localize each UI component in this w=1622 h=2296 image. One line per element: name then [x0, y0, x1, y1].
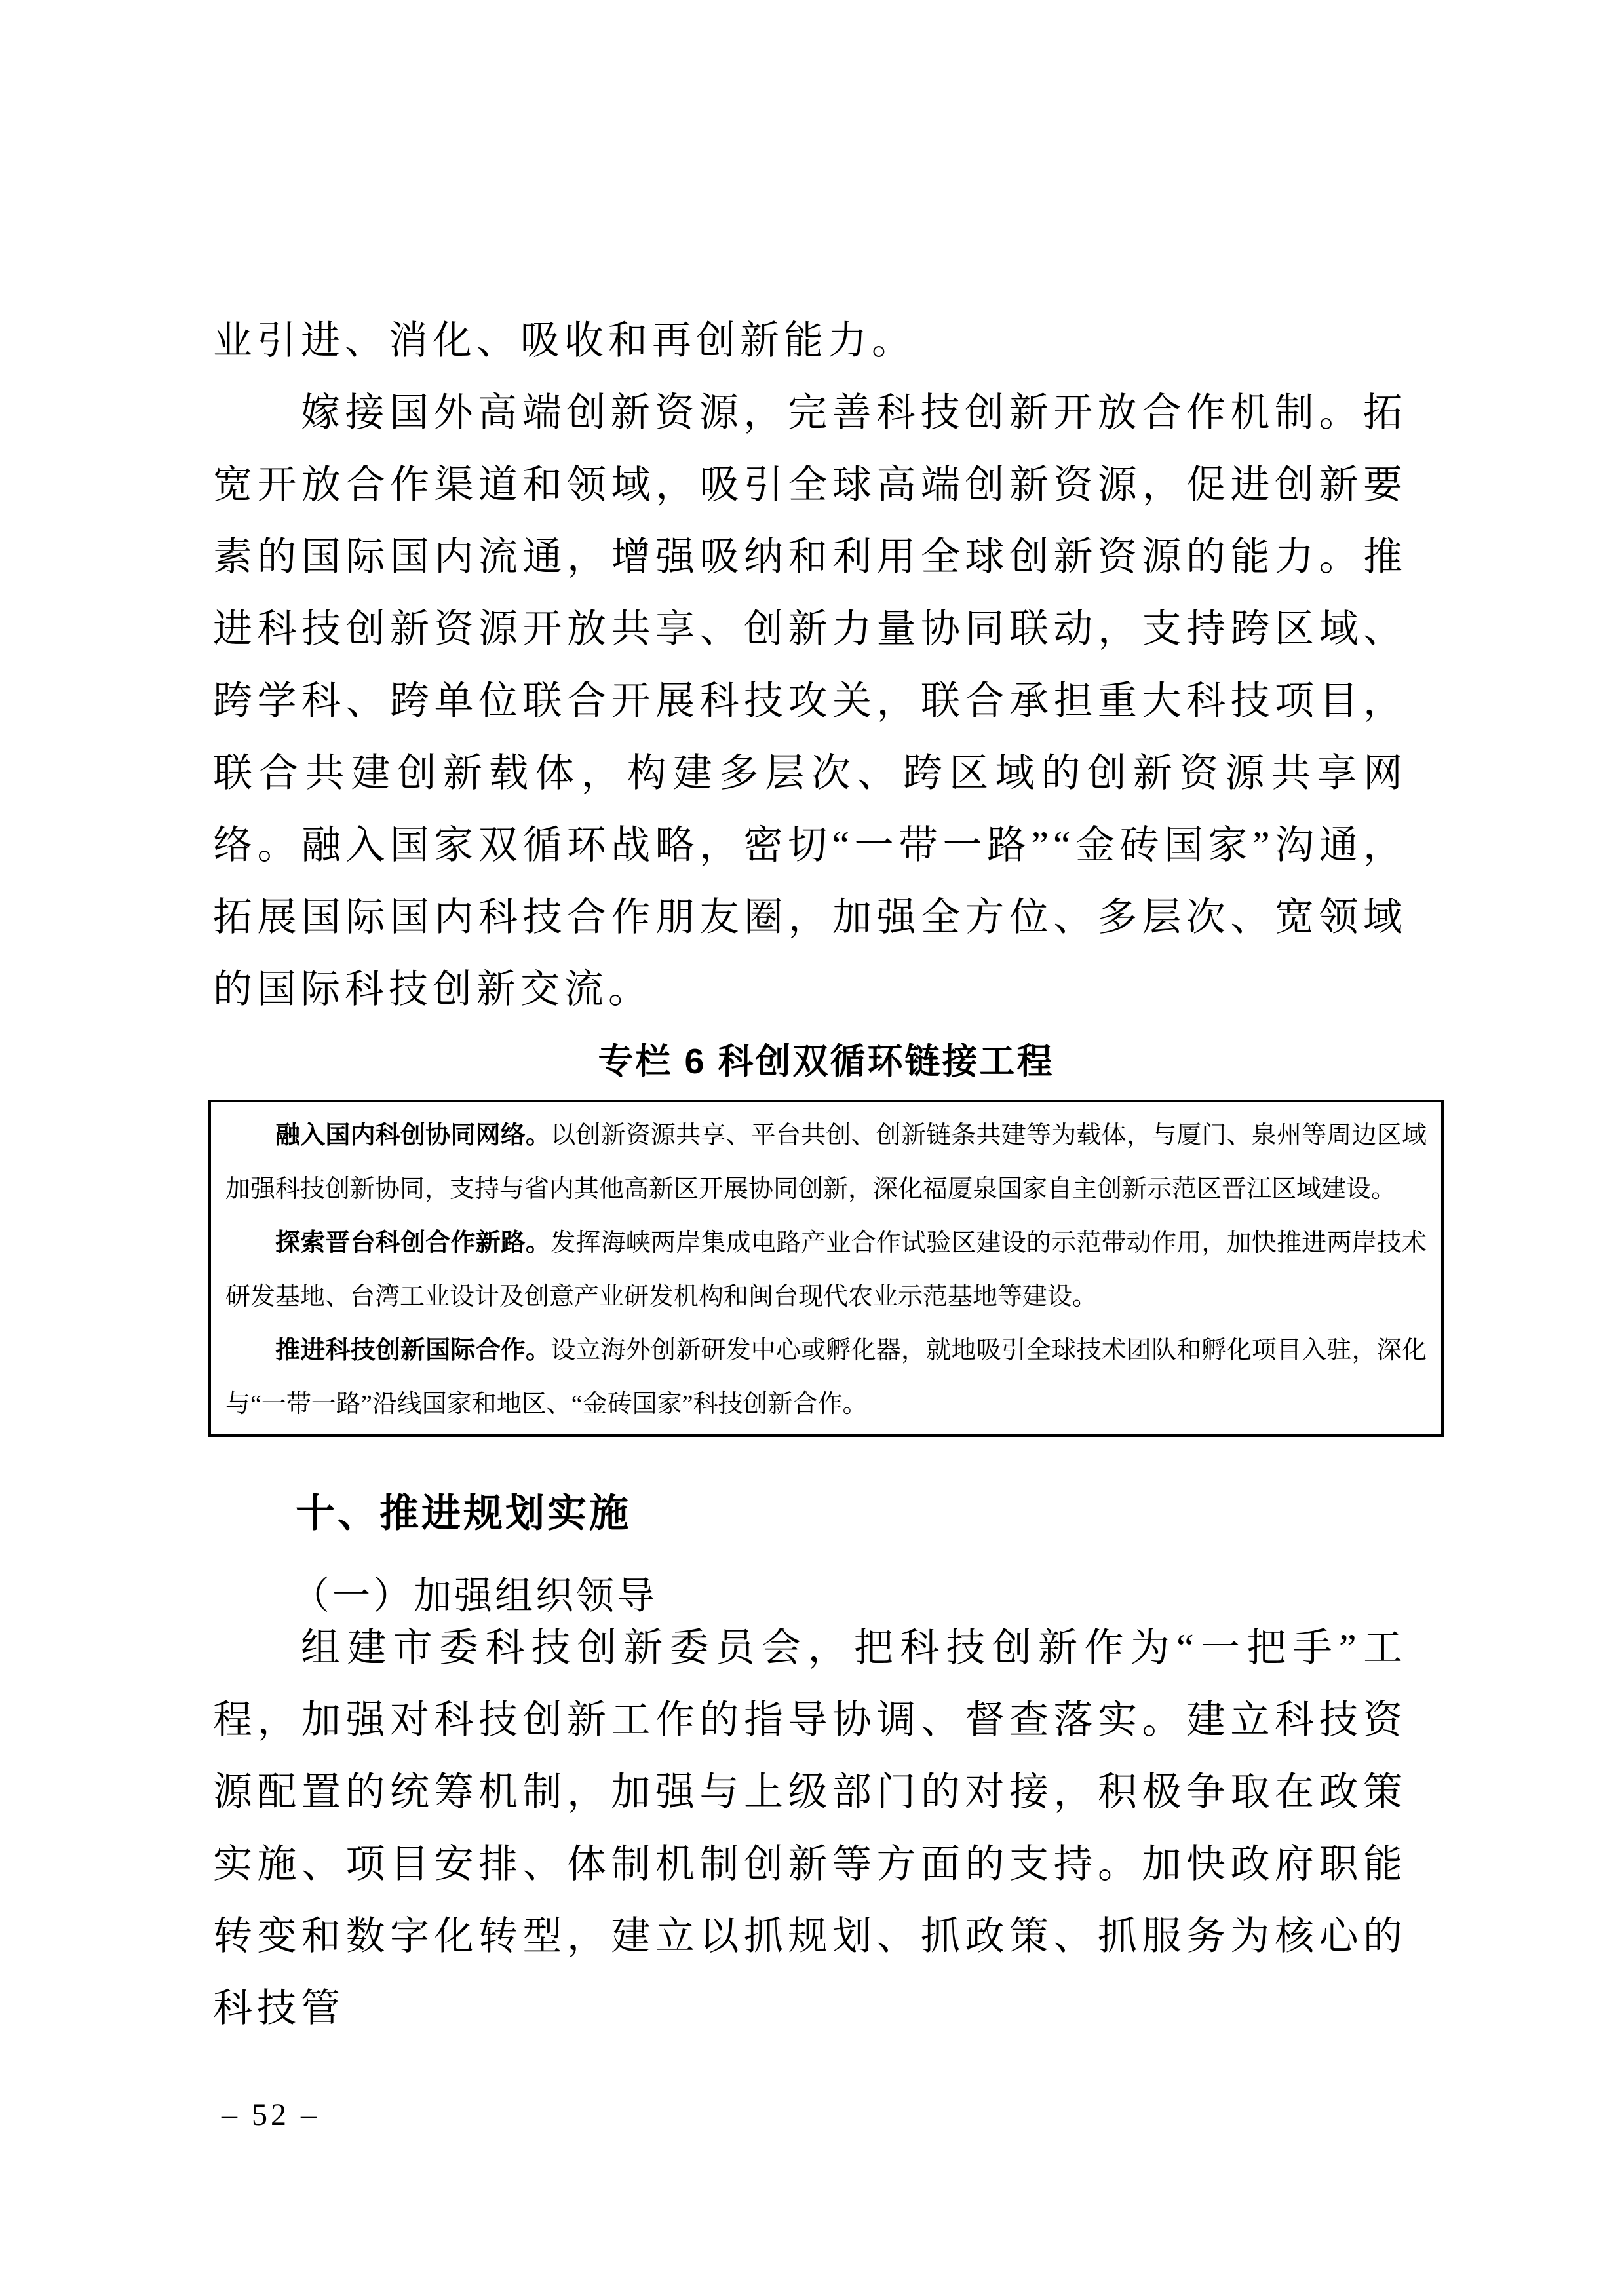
body-paragraph: 组建市委科技创新委员会，把科技创新作为“一把手”工程，加强对科技创新工作的指导协…: [213, 1612, 1407, 2044]
column-box-title: 专栏 6 科创双循环链接工程: [208, 1033, 1444, 1084]
body-text-block-2: 组建市委科技创新委员会，把科技创新作为“一把手”工程，加强对科技创新工作的指导协…: [213, 1612, 1407, 2044]
box-paragraph-lead: 融入国内科创协同网络。: [275, 1122, 550, 1149]
column-box: 融入国内科创协同网络。以创新资源共享、平台共创、创新链条共建等为载体，与厦门、泉…: [208, 1100, 1444, 1437]
box-paragraph-lead: 推进科技创新国际合作。: [275, 1337, 550, 1364]
box-paragraph: 探索晋台科创合作新路。发挥海峡两岸集成电路产业合作试验区建设的示范带动作用，加快…: [225, 1216, 1427, 1324]
body-paragraph-continued: 业引进、消化、吸收和再创新能力。: [213, 305, 1407, 377]
box-paragraph-lead: 探索晋台科创合作新路。: [275, 1229, 550, 1257]
body-paragraph: 嫁接国外高端创新资源，完善科技创新开放合作机制。拓宽开放合作渠道和领域，吸引全球…: [213, 377, 1407, 1025]
box-paragraph: 融入国内科创协同网络。以创新资源共享、平台共创、创新链条共建等为载体，与厦门、泉…: [225, 1109, 1427, 1216]
document-page: 业引进、消化、吸收和再创新能力。 嫁接国外高端创新资源，完善科技创新开放合作机制…: [0, 0, 1622, 2296]
section-heading: 十、推进规划实施: [213, 1482, 1407, 1539]
box-paragraph: 推进科技创新国际合作。设立海外创新研发中心或孵化器，就地吸引全球技术团队和孵化项…: [225, 1324, 1427, 1431]
page-number: – 52 –: [222, 2097, 320, 2133]
body-text-block-1: 业引进、消化、吸收和再创新能力。 嫁接国外高端创新资源，完善科技创新开放合作机制…: [213, 305, 1407, 1025]
